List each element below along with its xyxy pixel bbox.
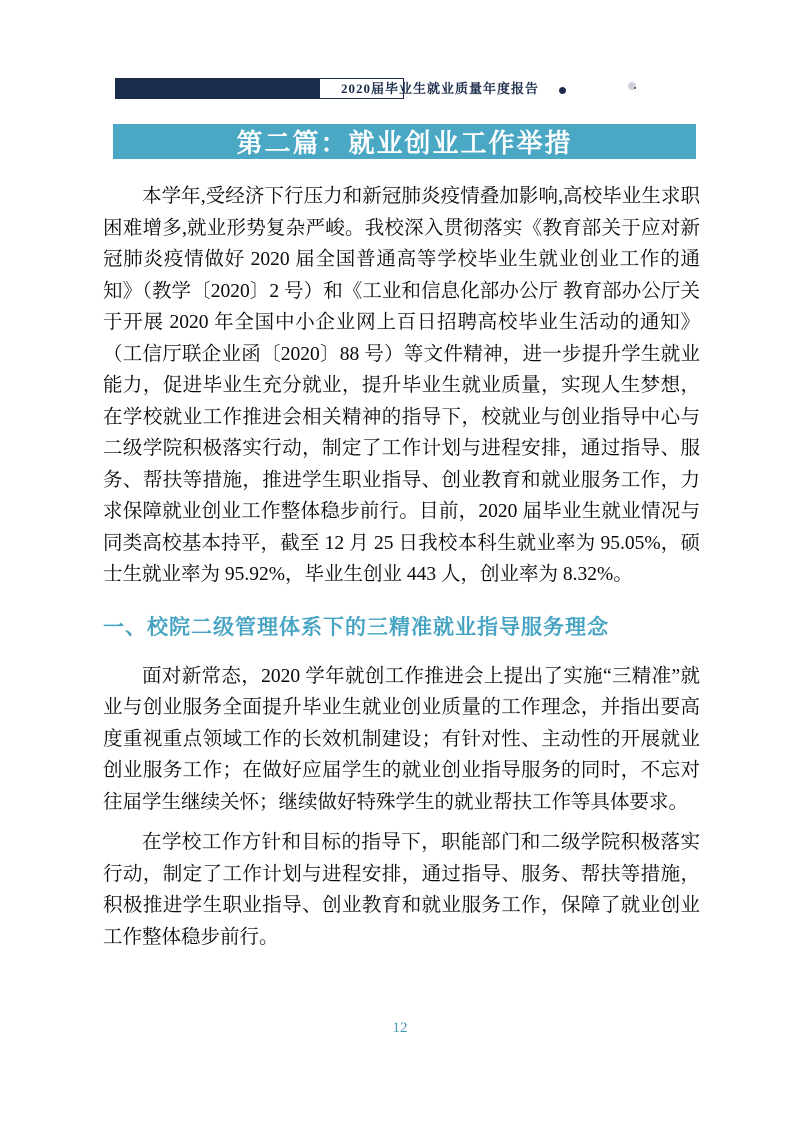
page-number: 12 [393, 1020, 408, 1036]
document-body: 本学年,受经济下行压力和新冠肺炎疫情叠加影响,高校毕业生求职困难增多,就业形势复… [103, 181, 700, 953]
page-footer: 12 [0, 1018, 800, 1038]
section1-paragraph-2: 在学校工作方针和目标的指导下，职能部门和二级学院积极落实行动，制定了工作计划与进… [103, 827, 700, 953]
section1-paragraph-1: 面对新常态，2020 学年就创工作推进会上提出了实施“三精准”就业与创业服务全面… [103, 661, 700, 819]
header-report-title: 2020届毕业生就业质量年度报告 [341, 78, 539, 99]
intro-paragraph: 本学年,受经济下行压力和新冠肺炎疫情叠加影响,高校毕业生求职困难增多,就业形势复… [103, 181, 700, 591]
document-page: 2020届毕业生就业质量年度报告 第二篇：就业创业工作举措 本学年,受经济下行压… [0, 0, 800, 1131]
section-heading: 一、校院二级管理体系下的三精准就业指导服务理念 [103, 613, 700, 643]
header-dot-icon [559, 87, 566, 94]
header-speck-icon [628, 82, 636, 90]
chapter-banner-title: 第二篇：就业创业工作举措 [236, 123, 572, 160]
header-navy-bar [115, 78, 319, 99]
chapter-banner: 第二篇：就业创业工作举措 [113, 124, 696, 159]
